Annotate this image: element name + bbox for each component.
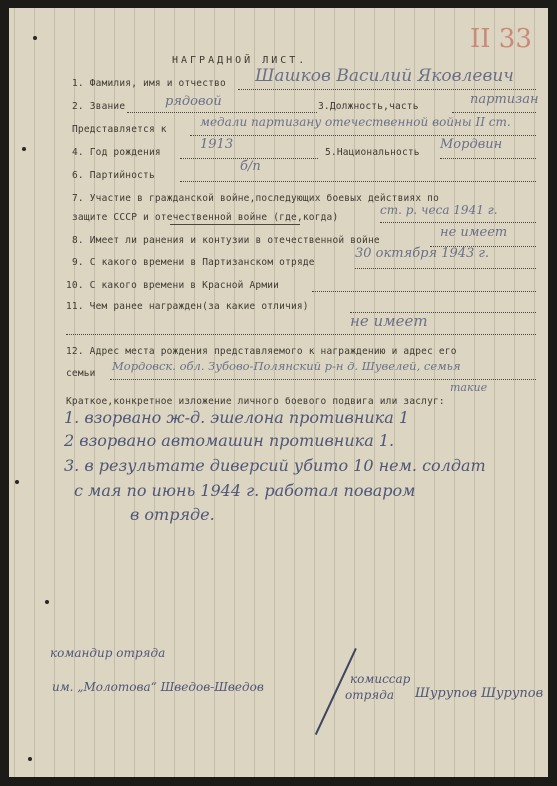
summary-line: 3. в результате диверсий убито 10 нем. с… [64, 456, 486, 475]
commissar-title: комиссар [350, 672, 410, 686]
field-label-presented: Представляется к [72, 124, 167, 135]
commander-signature: им. „Молотова“ Шведов-Шведов [52, 680, 264, 694]
field-value-nationality: Мордвин [440, 137, 502, 152]
summary-heading: Краткое,конкретное изложение личного бое… [66, 396, 445, 407]
field-value-position: партизан [470, 92, 539, 107]
summary-line: в отряде. [130, 505, 215, 524]
punch-hole [45, 600, 49, 604]
field-value-name: Шашков Василий Яковлевич [255, 66, 514, 86]
punch-hole [15, 480, 19, 484]
punch-hole [28, 757, 32, 761]
commissar-unit: отряда [345, 688, 394, 702]
summary-line: 1. взорвано ж-д. эшелона противника 1 [64, 408, 409, 427]
commander-title: командир отряда [50, 646, 165, 660]
field-value-address: Мордовск. обл. Зубово-Полянский р-н д. Ш… [112, 359, 461, 373]
field-label-address: 12. Адрес места рождения представляемого… [66, 346, 457, 357]
field-value-awards: не имеет [350, 312, 428, 330]
field-label-party: 6. Партийность [72, 170, 155, 181]
field-label-rank: 2. Звание [72, 101, 125, 112]
field-value-birth-year: 1913 [200, 137, 233, 152]
field-label-participation-cont: защите СССР и отечественной войне (где,к… [72, 212, 338, 223]
field-label-name: 1. Фамилия, имя и отчество [72, 78, 226, 89]
field-label-wounds: 8. Имеет ли ранения и контузии в отечест… [72, 235, 380, 246]
summary-line: с мая по июнь 1944 г. работал поваром [74, 481, 415, 500]
field-value-party: б/п [240, 159, 261, 174]
document-title: НАГРАДНОЙ ЛИСТ. [172, 55, 307, 66]
field-label-nationality: 5.Национальность [325, 147, 420, 158]
field-value-address-extra: такие [450, 381, 487, 394]
archive-mark: II 33 [470, 24, 532, 54]
field-value-wounds: не имеет [440, 225, 507, 240]
field-value-presented: медали партизану отечественной войны II … [200, 115, 511, 129]
field-value-rank: рядовой [165, 94, 222, 109]
field-label-awards: 11. Чем ранее награжден(за какие отличия… [66, 301, 309, 312]
field-label-position: 3.Должность,часть [318, 101, 419, 112]
field-label-address-family: семьи [66, 368, 96, 379]
field-label-birth-year: 4. Год рождения [72, 147, 161, 158]
punch-hole [33, 36, 37, 40]
field-value-participation: ст. р. чеса 1941 г. [380, 203, 498, 217]
field-value-partisan-since: 30 октября 1943 г. [355, 246, 489, 261]
field-label-army-since: 10. С какого времени в Красной Армии [66, 280, 279, 291]
commissar-signature: Шурупов Шурупов [415, 686, 543, 701]
field-label-partisan-since: 9. С какого времени в Партизанском отряд… [72, 257, 315, 268]
summary-line: 2 взорвано автомашин противника 1. [64, 431, 394, 450]
punch-hole [22, 147, 26, 151]
